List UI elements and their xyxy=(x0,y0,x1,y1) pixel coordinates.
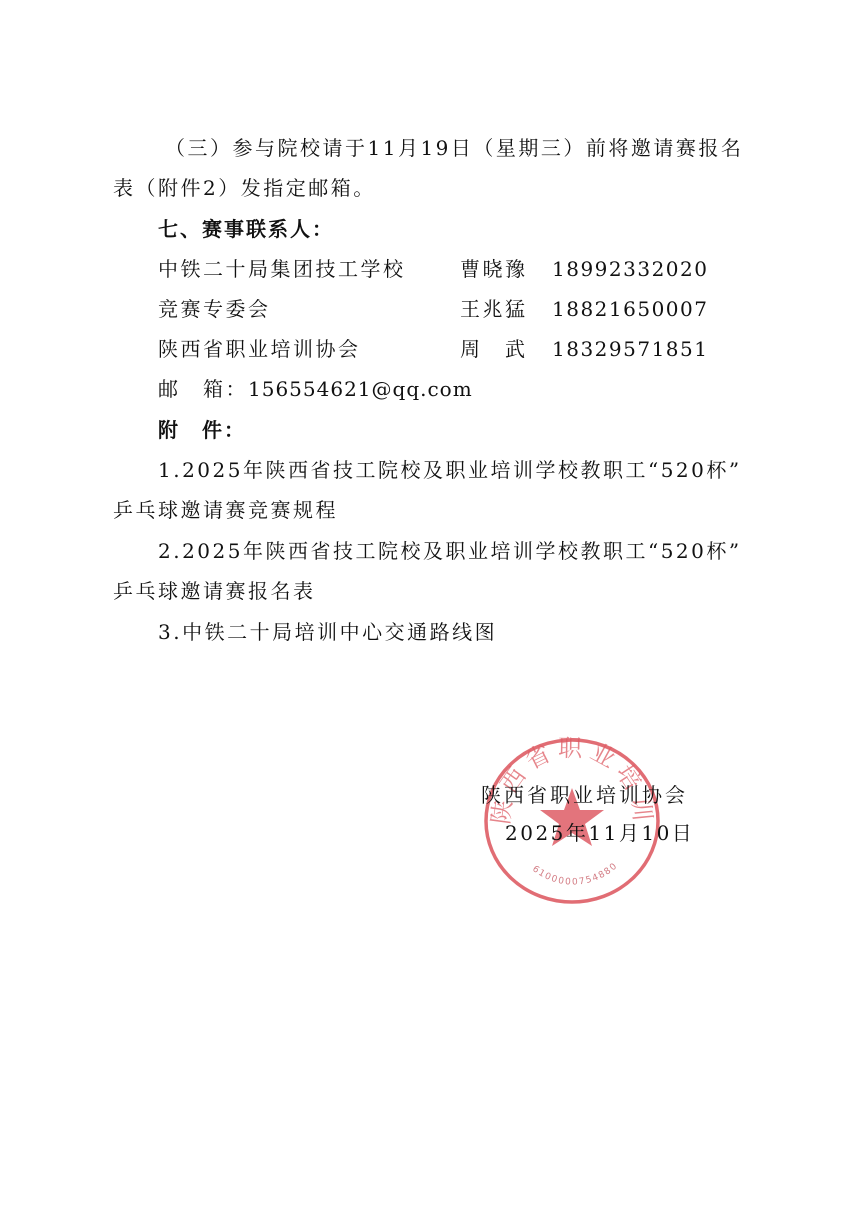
paragraph-item3-line1: （三）参与院校请于11月19日（星期三）前将邀请赛报名 xyxy=(165,134,743,162)
contact-org: 陕西省职业培训协会 xyxy=(158,335,361,363)
attachment-item-3-line1: 3.中铁二十局培训中心交通路线图 xyxy=(158,618,497,646)
attachments-heading: 附 件： xyxy=(158,416,246,444)
attachment-item-1-line1: 1.2025年陕西省技工院校及职业培训学校教职工“520杯” xyxy=(158,456,742,484)
email-row: 邮 箱：156554621@qq.com xyxy=(158,375,473,403)
attachment-item-1-line2: 乒乓球邀请赛竞赛规程 xyxy=(113,496,338,524)
contact-name: 周 武 xyxy=(460,335,528,363)
contact-name: 曹晓豫 xyxy=(460,255,528,283)
contacts-heading: 七、赛事联系人： xyxy=(158,215,334,243)
svg-text:6100000754880: 6100000754880 xyxy=(530,861,620,888)
signature-date: 2025年11月10日 xyxy=(505,819,694,847)
document-page: （三）参与院校请于11月19日（星期三）前将邀请赛报名 表（附件2）发指定邮箱。… xyxy=(0,0,860,1216)
contact-org: 中铁二十局集团技工学校 xyxy=(158,255,406,283)
attachment-item-2-line1: 2.2025年陕西省技工院校及职业培训学校教职工“520杯” xyxy=(158,537,742,565)
contact-phone: 18329571851 xyxy=(552,335,708,363)
contact-phone: 18992332020 xyxy=(552,255,708,283)
contact-phone: 18821650007 xyxy=(552,295,708,323)
email-label: 邮 箱： xyxy=(158,377,248,401)
signature-organization: 陕西省职业培训协会 xyxy=(481,781,688,809)
attachment-item-2-line2: 乒乓球邀请赛报名表 xyxy=(113,577,316,605)
contact-org: 竞赛专委会 xyxy=(158,295,271,323)
contact-name: 王兆猛 xyxy=(460,295,528,323)
paragraph-item3-line2: 表（附件2）发指定邮箱。 xyxy=(113,174,376,202)
email-address[interactable]: 156554621@qq.com xyxy=(248,377,473,401)
